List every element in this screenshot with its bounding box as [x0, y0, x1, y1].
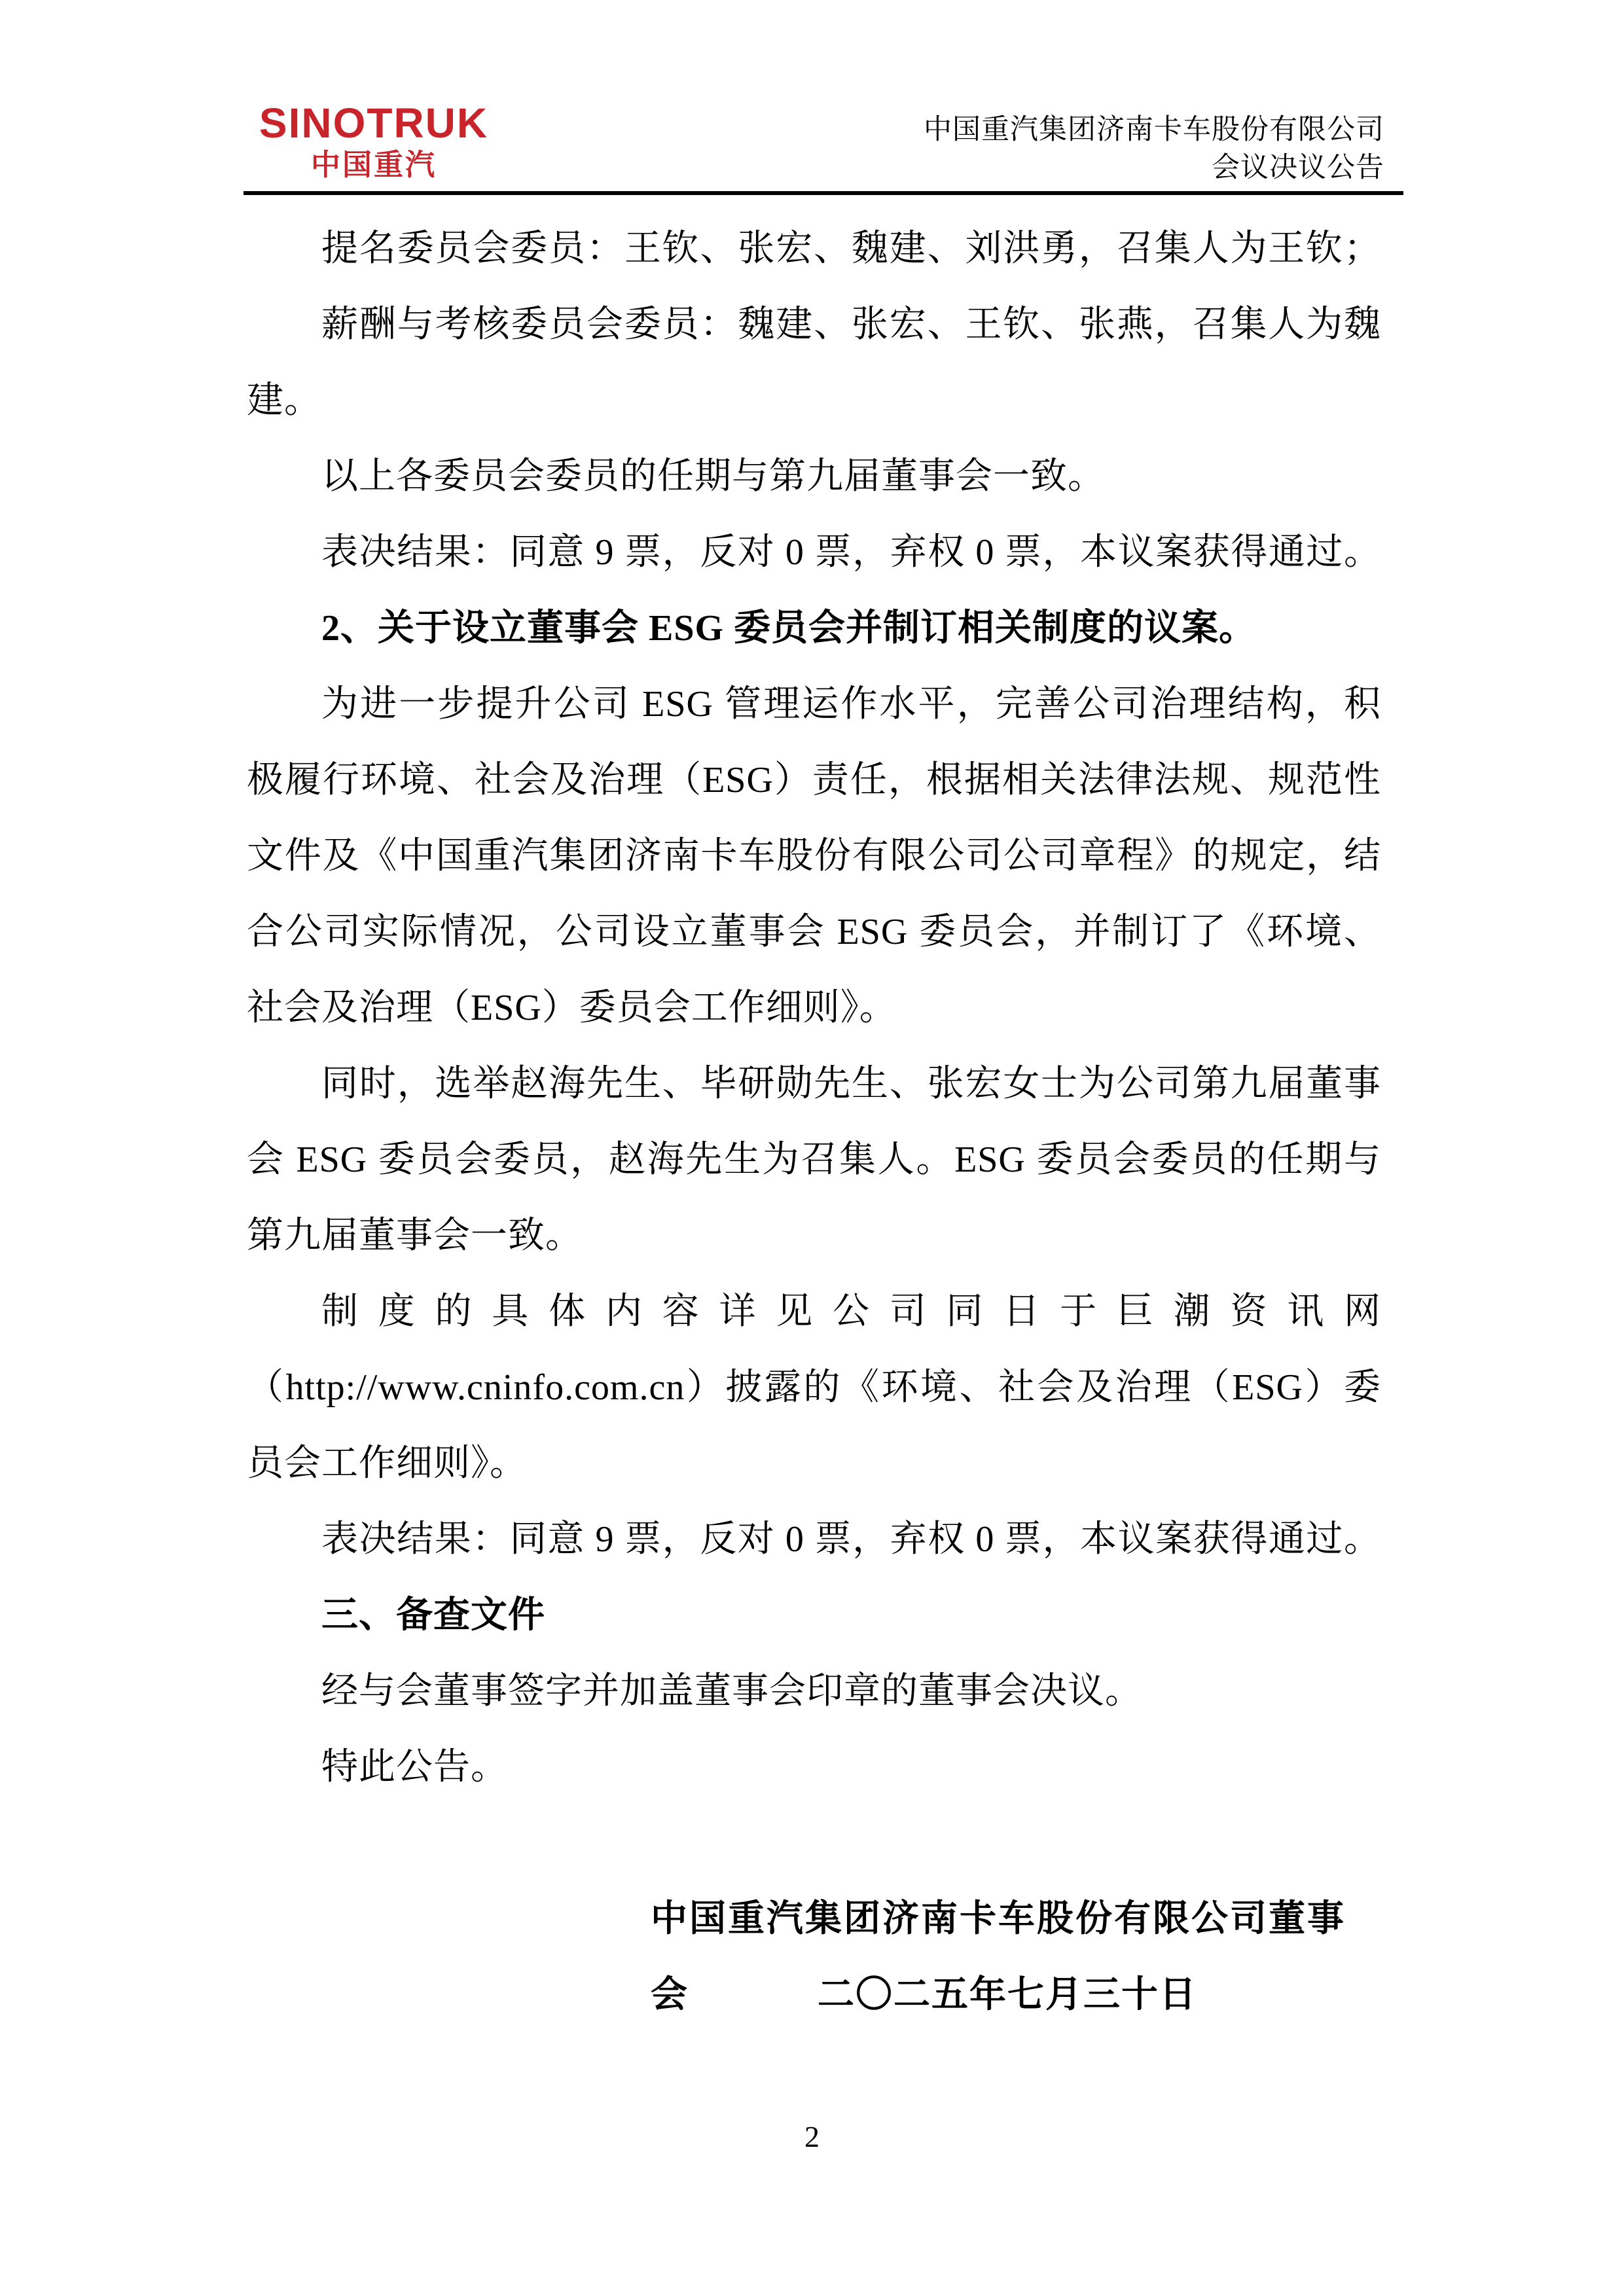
document-body: 提名委员会委员：王钦、张宏、魏建、刘洪勇，召集人为王钦；薪酬与考核委员会委员：魏…	[247, 211, 1381, 2033]
body-line: 建。	[247, 363, 1381, 439]
sinotruk-logo: SINOTRUK 中国重汽	[252, 102, 496, 179]
body-line: 同时，选举赵海先生、毕研勋先生、张宏女士为公司第九届董事	[247, 1046, 1381, 1122]
body-line: 表决结果：同意 9 票，反对 0 票，弃权 0 票，本议案获得通过。	[247, 1501, 1381, 1577]
body-line: 员会工作细则》。	[247, 1426, 1381, 1501]
body-line	[247, 1805, 1381, 1881]
body-line: 提名委员会委员：王钦、张宏、魏建、刘洪勇，召集人为王钦；	[247, 211, 1381, 287]
page-number: 2	[0, 2119, 1624, 2154]
body-line: 文件及《中国重汽集团济南卡车股份有限公司公司章程》的规定，结	[247, 818, 1381, 894]
body-line: 第九届董事会一致。	[247, 1198, 1381, 1274]
header-company-name: 中国重汽集团济南卡车股份有限公司	[924, 111, 1384, 149]
body-line: （http://www.cninfo.com.cn）披露的《环境、社会及治理（E…	[247, 1350, 1381, 1426]
body-line: 为进一步提升公司 ESG 管理运作水平，完善公司治理结构，积	[247, 666, 1381, 742]
signature-company: 中国重汽集团济南卡车股份有限公司董事会	[651, 1881, 1381, 1957]
body-line: 经与会董事签字并加盖董事会印章的董事会决议。	[247, 1653, 1381, 1729]
header-doc-title: 会议决议公告	[924, 149, 1384, 187]
body-line: 特此公告。	[247, 1729, 1381, 1805]
header-divider	[244, 191, 1403, 195]
body-line: 社会及治理（ESG）委员会工作细则》。	[247, 970, 1381, 1046]
body-line: 会 ESG 委员会委员，赵海先生为召集人。ESG 委员会委员的任期与	[247, 1122, 1381, 1198]
body-line: 三、备查文件	[247, 1577, 1381, 1653]
header-title-block: 中国重汽集团济南卡车股份有限公司 会议决议公告	[924, 111, 1384, 187]
body-line: 薪酬与考核委员会委员：魏建、张宏、王钦、张燕，召集人为魏	[247, 287, 1381, 363]
body-line: 制度的具体内容详见公司同日于巨潮资讯网	[247, 1274, 1381, 1350]
body-line: 2、关于设立董事会 ESG 委员会并制订相关制度的议案。	[247, 590, 1381, 666]
body-line: 合公司实际情况，公司设立董事会 ESG 委员会，并制订了《环境、	[247, 894, 1381, 970]
body-line: 极履行环境、社会及治理（ESG）责任，根据相关法律法规、规范性	[247, 742, 1381, 818]
body-line: 表决结果：同意 9 票，反对 0 票，弃权 0 票，本议案获得通过。	[247, 514, 1381, 590]
signature-date: 二〇二五年七月三十日	[818, 1957, 1381, 2033]
sinotruk-logo-text: SINOTRUK	[252, 102, 496, 144]
body-line: 以上各委员会委员的任期与第九届董事会一致。	[247, 439, 1381, 514]
document-page: SINOTRUK 中国重汽 中国重汽集团济南卡车股份有限公司 会议决议公告 提名…	[0, 0, 1624, 2296]
sinotruk-logo-subtext: 中国重汽	[252, 150, 496, 179]
